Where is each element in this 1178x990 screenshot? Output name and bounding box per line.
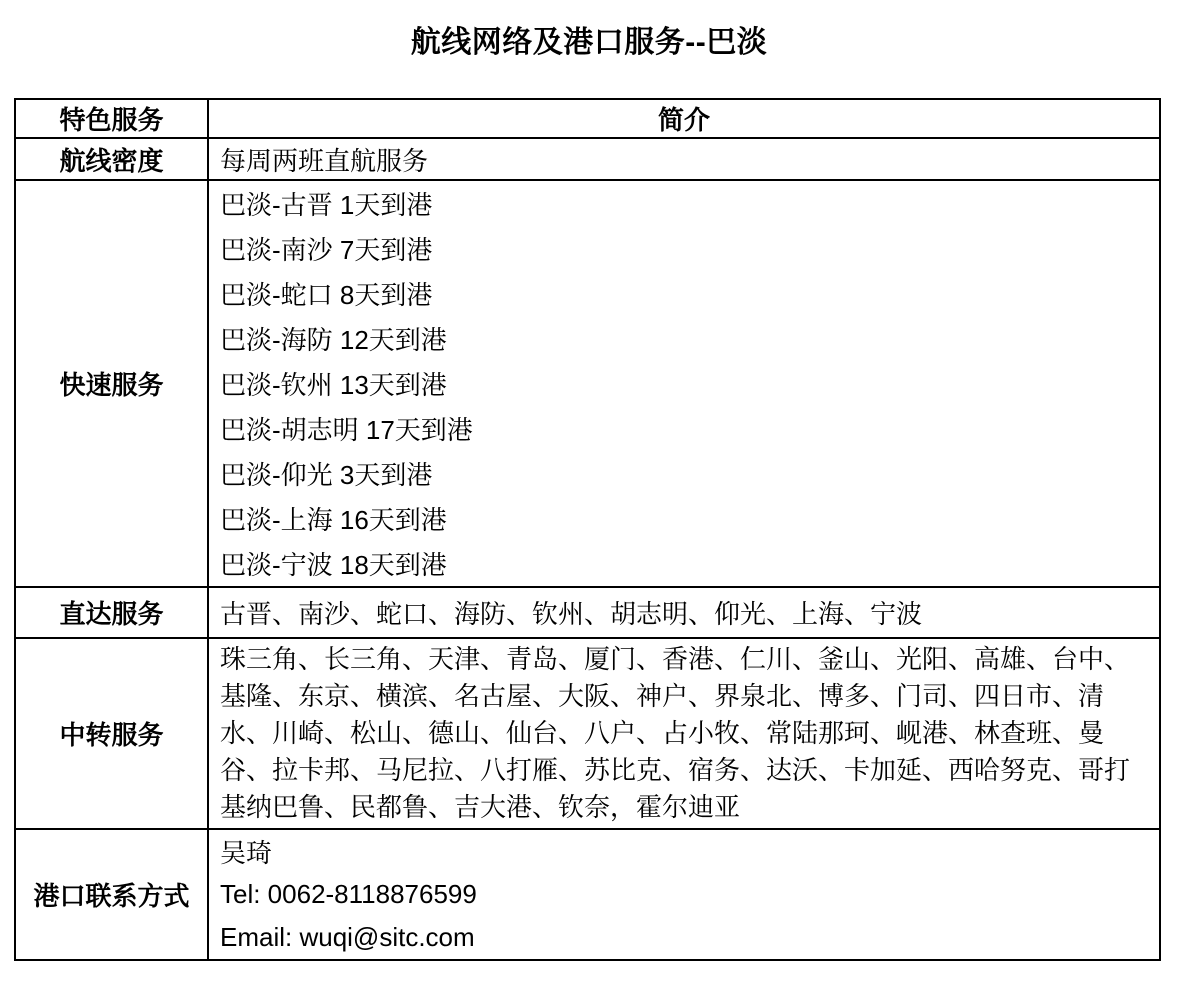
row-content-fast-service: 巴淡-古晋 1天到港 巴淡-南沙 7天到港 巴淡-蛇口 8天到港 巴淡-海防 1… — [208, 180, 1160, 587]
contact-telephone: Tel: 0062-8118876599 — [220, 873, 1148, 916]
fast-service-line: 巴淡-蛇口 8天到港 — [220, 271, 1148, 316]
row-label-port-contact: 港口联系方式 — [15, 829, 208, 960]
fast-service-line: 巴淡-上海 16天到港 — [220, 496, 1148, 541]
table-row-transfer-service: 中转服务 珠三角、长三角、天津、青岛、厦门、香港、仁川、釜山、光阳、高雄、台中、… — [15, 638, 1160, 829]
row-label-route-density: 航线密度 — [15, 138, 208, 180]
fast-service-line: 巴淡-仰光 3天到港 — [220, 451, 1148, 496]
row-content-transfer-service: 珠三角、长三角、天津、青岛、厦门、香港、仁川、釜山、光阳、高雄、台中、基隆、东京… — [208, 638, 1160, 829]
fast-service-line: 巴淡-宁波 18天到港 — [220, 541, 1148, 586]
table-row-route-density: 航线密度 每周两班直航服务 — [15, 138, 1160, 180]
fast-service-line: 巴淡-南沙 7天到港 — [220, 226, 1148, 271]
table-row-direct-service: 直达服务 古晋、南沙、蛇口、海防、钦州、胡志明、仰光、上海、宁波 — [15, 587, 1160, 638]
row-content-route-density: 每周两班直航服务 — [208, 138, 1160, 180]
row-label-direct-service: 直达服务 — [15, 587, 208, 638]
col-header-intro: 简介 — [208, 99, 1160, 138]
table-row-port-contact: 港口联系方式 吴琦 Tel: 0062-8118876599 Email: wu… — [15, 829, 1160, 960]
fast-service-line: 巴淡-钦州 13天到港 — [220, 361, 1148, 406]
row-label-fast-service: 快速服务 — [15, 180, 208, 587]
fast-service-line: 巴淡-海防 12天到港 — [220, 316, 1148, 361]
page-title: 航线网络及港口服务--巴淡 — [0, 0, 1178, 60]
col-header-feature-service: 特色服务 — [15, 99, 208, 138]
header-row: 特色服务 简介 — [15, 99, 1160, 138]
services-table: 特色服务 简介 航线密度 每周两班直航服务 快速服务 巴淡-古晋 1天到港 巴淡… — [14, 98, 1161, 961]
contact-person-name: 吴琦 — [220, 830, 1148, 873]
contact-email: Email: wuqi@sitc.com — [220, 916, 1148, 959]
fast-service-line: 巴淡-胡志明 17天到港 — [220, 406, 1148, 451]
table-row-fast-service: 快速服务 巴淡-古晋 1天到港 巴淡-南沙 7天到港 巴淡-蛇口 8天到港 巴淡… — [15, 180, 1160, 587]
row-content-port-contact: 吴琦 Tel: 0062-8118876599 Email: wuqi@sitc… — [208, 829, 1160, 960]
row-label-transfer-service: 中转服务 — [15, 638, 208, 829]
transfer-service-text: 珠三角、长三角、天津、青岛、厦门、香港、仁川、釜山、光阳、高雄、台中、基隆、东京… — [220, 639, 1148, 828]
fast-service-line: 巴淡-古晋 1天到港 — [220, 181, 1148, 226]
row-content-direct-service: 古晋、南沙、蛇口、海防、钦州、胡志明、仰光、上海、宁波 — [208, 587, 1160, 638]
